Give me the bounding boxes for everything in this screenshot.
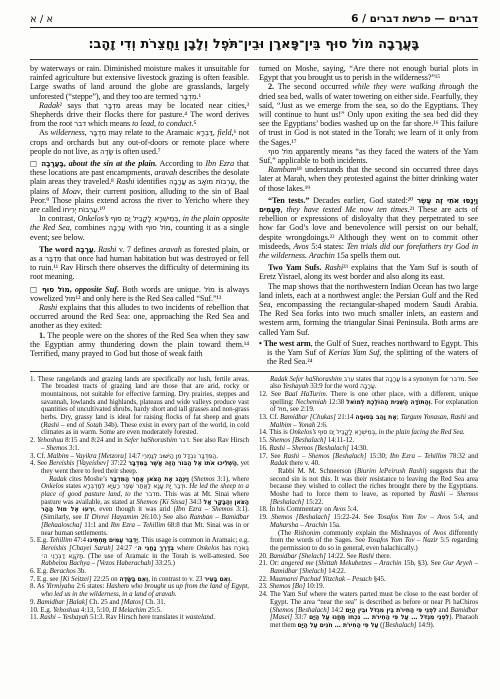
text-run: Ibn Ezra – Tehillim xyxy=(390,452,447,460)
text-run: 12:38 xyxy=(327,398,347,406)
footnote-number: 17. xyxy=(259,452,271,460)
hebrew-text: מוֹל xyxy=(204,285,215,294)
commentary-paragraph: 2. The second occurred while they were w… xyxy=(259,82,478,146)
footnote-paragraph: Radak cites Moshe’s וַיִּנְהַג אֶת הַצֹּ… xyxy=(30,476,249,538)
text-run: Ibn Ezra xyxy=(205,159,234,168)
book-page: א / א דברים — פרשת דברים / 6 בָּעֲרָבָה … xyxy=(0,0,500,699)
page-header: א / א דברים — פרשת דברים / 6 xyxy=(30,13,478,25)
header-divider xyxy=(30,27,478,28)
commentary-paragraph: מוֹל סוּף apparently means “as they face… xyxy=(259,147,478,165)
text-run: 14:7 xyxy=(127,452,143,460)
commentary-paragraph: The map shows that the northwestern Indi… xyxy=(259,282,478,337)
text-run: 14:9). xyxy=(416,621,434,629)
text-run: they have tested Me now ten times xyxy=(286,205,407,214)
footnotes-left-column: 1. These rangelands and grazing lands ar… xyxy=(30,376,249,630)
hebrew-text: מִדְבָּר xyxy=(180,92,197,101)
footnote-item: Radak Sefer haShorashim ערב states that … xyxy=(259,376,478,391)
text-run: §45. xyxy=(372,575,386,583)
text-run: Rashi xyxy=(116,177,134,186)
text-run: .¹ xyxy=(197,92,201,101)
hebrew-text: הַמִּדְבָּר נִבְדָּל מִן הַיִּשּׁוּב לְג… xyxy=(142,453,216,460)
text-run: apparently means “as they faced the wate… xyxy=(259,147,478,165)
text-run: wasteland xyxy=(185,613,213,621)
text-run: ¹² and only here is the Red Sea called “… xyxy=(76,294,222,303)
text-run: about the sin at the plain. xyxy=(69,159,158,168)
text-run: Tosafos Yom Tov – Avos xyxy=(377,513,450,521)
text-run: 51:3. Rav Hirsch here translates it xyxy=(88,613,185,621)
text-run: 15a spells them out. xyxy=(335,251,401,260)
text-run: Both words are unique. xyxy=(119,285,204,294)
hebrew-text: הַשְׁלִיכוּ אֹתוֹ אֶל הַבּוֹר הַזֶּה אֲש… xyxy=(128,460,237,467)
text-run: wilderness xyxy=(51,128,85,137)
commentary-paragraph: turned on Moshe, saying, “Are there not … xyxy=(259,64,478,82)
text-run: Ibn Ezra – Tehillim xyxy=(111,521,166,529)
text-run: the dried sea bed, walls of water toweri… xyxy=(259,82,478,146)
text-run: . xyxy=(216,452,218,460)
hebrew-text: לִפְנֵי פִּי הַחִירֹת בֵּין מִגְדֹּל וּב… xyxy=(345,607,436,614)
footnote-item: 1. These rangelands and grazing lands ar… xyxy=(30,376,249,438)
text-run: 14:2 xyxy=(329,606,345,614)
commentary-paragraph: Rashi explains that this alludes to two … xyxy=(30,303,249,331)
hebrew-text: וְהַתּוֹדָה הַשֵּׁנִית הַהוֹלֶכֶת לְמוֹא… xyxy=(346,399,431,406)
text-run: 33:25.) xyxy=(154,559,175,567)
footnote-paragraph: (The Rishonim commonly explain the Mishn… xyxy=(259,530,478,553)
hebrew-text: בְּמֵישְׁרָא לָקֳבֵיל יַם סוּף xyxy=(111,214,179,223)
footnote-item: 2. Yehoshua 8:15 and 8:24 and in Sefer h… xyxy=(30,437,249,452)
hebrew-text: מוֹל סוּף xyxy=(268,147,293,156)
text-run: Avos xyxy=(293,242,308,251)
text-run: □ xyxy=(30,159,41,168)
hebrew-text: מוּל xyxy=(65,294,76,303)
text-run: In contrast, xyxy=(39,214,77,223)
hebrew-text: אֶת וָהֵב בְּסוּפָה xyxy=(355,414,396,421)
footnote-number: 21. xyxy=(259,559,270,567)
text-run: . xyxy=(213,613,215,621)
commentary-paragraph: As wilderness, מִדְבָּר may relate to th… xyxy=(30,128,249,156)
text-run: “Ten tests.” xyxy=(268,196,309,205)
footnote-item: 4. See Bereishis [Vayeishev] 37:22 הַשְׁ… xyxy=(30,460,249,537)
commentary-right-column: turned on Moshe, saying, “Are there not … xyxy=(259,64,478,367)
text-run: identifies xyxy=(134,177,168,186)
footnote-paragraph: Rabbi M. M. Schneerson (Biurim lePeirush… xyxy=(259,468,478,507)
hebrew-text: דבר xyxy=(74,119,86,128)
commentary-paragraph: In contrast, Onkelos’s בְּמֵישְׁרָא לָקֳ… xyxy=(30,214,249,242)
footnote-divider xyxy=(30,371,478,372)
text-run: 5:4, and xyxy=(450,513,478,521)
footnote-paragraph: Radak Sefer haShorashim ערב states that … xyxy=(259,376,478,391)
footnote-paragraph: 4. See Bereishis [Vayeishev] 37:22 הַשְׁ… xyxy=(30,460,249,475)
text-run: v. 7 defines xyxy=(116,245,159,254)
footnote-item: 21. Or: angered me (Shittah Mekubetzes –… xyxy=(259,560,478,575)
commentary-paragraph: • The west arm, the Gulf of Suez, reache… xyxy=(259,339,478,367)
text-run: opposite Suf. xyxy=(75,285,119,294)
text-run: The second occurred xyxy=(274,82,352,91)
text-run: is a synonym for xyxy=(400,375,450,383)
footnote-paragraph: 13. Cf. Bamidbar [Chukas] 21:14 אֶת וָהֵ… xyxy=(259,414,478,429)
text-run: aravah xyxy=(154,168,177,177)
commentary-paragraph: “Ten tests.” Decades earlier, God stated… xyxy=(259,196,478,260)
hebrew-text: בָּעֲרָבָה xyxy=(41,159,63,168)
hebrew-text: עַל פִּי הַחִירֹת … חֹנִים עַל הַיָּם xyxy=(298,622,379,629)
commentary-left-column: by waterways or rain. Diminished moistur… xyxy=(30,64,249,367)
text-run: Onkelos’s xyxy=(77,214,108,223)
text-run: Rashi – Yeshayah xyxy=(40,613,88,621)
footnote-paragraph: 5. E.g. Tehillim 47:4 יַדְבֵּר עַמִּים ת… xyxy=(30,537,249,568)
hebrew-text: עַרְבוֹת יְרִיחוֹ xyxy=(63,205,98,214)
text-run: by waterways or rain. Diminished moistur… xyxy=(30,64,249,101)
text-run: Arachin xyxy=(309,251,335,260)
footnote-number: 11. xyxy=(30,613,40,621)
text-run: which means xyxy=(86,119,132,128)
hebrew-text: עֲרָבָה xyxy=(75,245,93,254)
text-run: [Beshalach] xyxy=(382,621,416,629)
text-run: with xyxy=(126,223,146,232)
text-run: Sefer haShorashim xyxy=(125,436,177,444)
page-title: דברים — פרשת דברים / 6 xyxy=(351,13,478,25)
footnote-item: 11. Rashi – Yeshayah 51:3. Rav Hirsch he… xyxy=(30,614,249,622)
text-run: Moav xyxy=(62,187,80,196)
hebrew-text: מִדְבָּר xyxy=(89,128,106,137)
text-run: • The west arm xyxy=(259,339,311,348)
text-run: 21:14 xyxy=(336,413,356,421)
text-run: The people were on the shores of the Red… xyxy=(30,331,249,358)
footnote-item: 19. Shemos [Beshalach] 15:22-24. See Tos… xyxy=(259,514,478,553)
text-run: According to xyxy=(157,159,205,168)
commentary-paragraph: Radak² says that מִדְבָּר areas may be l… xyxy=(30,101,249,129)
text-run: as xyxy=(186,177,197,186)
footnote-number: 24. xyxy=(259,590,270,598)
text-run: Two Yam Sufs. xyxy=(268,263,321,272)
text-run: The map shows that the northwestern Indi… xyxy=(259,282,478,337)
commentary-paragraph: 1. The people were on the shores of the … xyxy=(30,331,249,359)
text-run: □ xyxy=(30,285,42,294)
footnote-item: 24. The Yam Suf where the waters parted … xyxy=(259,591,478,630)
footnote-item: 13. Cf. Bamidbar [Chukas] 21:14 אֶת וָהֵ… xyxy=(259,414,478,429)
hebrew-text: שָׂדֶה xyxy=(100,147,114,156)
footnote-paragraph: 21. Or: angered me (Shittah Mekubetzes –… xyxy=(259,560,478,575)
text-run: 78:32 and xyxy=(447,452,478,460)
text-run: Kerias Yam Suf xyxy=(329,348,380,357)
text-run: explains that this alludes to two incide… xyxy=(30,303,249,330)
footnote-number: 1. xyxy=(30,375,38,383)
hebrew-text: וַיִּנְהַג אֶת הַצֹּאן אַחַר הַמִּדְבָּר xyxy=(110,476,189,483)
hebrew-text: עַרְבוֹת מוֹאָב xyxy=(198,177,235,186)
footnote-paragraph: 2. Yehoshua 8:15 and 8:24 and in Sefer h… xyxy=(30,437,249,452)
text-run: Decades earlier, God stated:²⁰ xyxy=(309,196,417,205)
footnote-paragraph: 12. See Baal HaTurim. There is one other… xyxy=(259,391,478,414)
commentary-paragraph: Rambam¹⁸ understands that the second sin… xyxy=(259,165,478,193)
text-run: .⁵ xyxy=(192,119,197,128)
commentary-paragraph: □ בָּעֲרָבָה, about the sin at the plain… xyxy=(30,159,249,214)
commentary-paragraph: The word עֲרָבָה. Rashi v. 7 defines ara… xyxy=(30,245,249,282)
hebrew-text: מִדְבָּר xyxy=(45,254,62,263)
text-run: aravah xyxy=(159,245,182,254)
chapter-verse-ref: א / א xyxy=(30,14,53,25)
text-run: to lead, to conduct xyxy=(132,119,191,128)
text-run: field xyxy=(217,128,231,137)
text-run: .¹⁰ xyxy=(98,205,106,214)
footnote-paragraph: 1. These rangelands and grazing lands ar… xyxy=(30,376,249,438)
hebrew-text: עֲרָבָה xyxy=(169,177,186,186)
text-run: As xyxy=(39,128,51,137)
text-run: is often used.⁷ xyxy=(114,147,161,156)
commentary-section: by waterways or rain. Diminished moistur… xyxy=(30,64,478,367)
footnote-number: 5. xyxy=(30,536,37,544)
text-run: 5:4 states: xyxy=(309,242,347,251)
hebrew-text: עֲרָבָה xyxy=(385,376,400,383)
footnote-item: 12. See Baal HaTurim. There is one other… xyxy=(259,391,478,414)
hebrew-text: דבר xyxy=(179,437,189,444)
commentary-paragraph: □ מוֹל סוּף, opposite Suf. Both words ar… xyxy=(30,285,249,303)
text-run: Rambam xyxy=(268,165,297,174)
commentary-paragraph: by waterways or rain. Diminished moistur… xyxy=(30,64,249,101)
text-run: while they were walking through xyxy=(352,82,464,91)
text-run: in the plain facing the Red Sea xyxy=(379,428,463,436)
footnote-paragraph: 11. Rashi – Yeshayah 51:3. Rav Hirsch he… xyxy=(30,614,249,622)
hebrew-text: מדבר xyxy=(450,376,464,383)
footnote-paragraph: 8. As Yirmiyahu 2:6 states: Hashem who b… xyxy=(30,583,249,598)
text-run: , combines xyxy=(70,223,109,232)
text-run: and xyxy=(466,413,478,421)
torah-verse: בָּעֲרָבָה מוֹל סוּף בֵּין־פָּארָן וּבֵי… xyxy=(30,37,478,52)
footnote-number: 13. xyxy=(259,413,270,421)
text-run: 15:30; xyxy=(366,452,389,460)
hebrew-text: עֲרָבָה xyxy=(108,223,125,232)
footnote-item: 8. As Yirmiyahu 2:6 states: Hashem who b… xyxy=(30,583,249,598)
footnote-item: 17. See Rashi – Shemos [Beshalach] 15:30… xyxy=(259,453,478,507)
text-run: Rashi xyxy=(98,245,116,254)
commentary-paragraph: Two Yam Sufs. Rashi²³ explains that the … xyxy=(259,263,478,281)
text-run: The word xyxy=(39,245,75,254)
text-run: 15b, §3). See xyxy=(401,559,442,567)
footnote-item: 5. E.g. Tehillim 47:4 יַדְבֵּר עַמִּים ת… xyxy=(30,537,249,568)
text-run: turned on Moshe, saying, “Are there not … xyxy=(259,64,478,82)
footnote-paragraph: 24. The Yam Suf where the waters parted … xyxy=(259,591,478,630)
hebrew-text: דַּבְרָא xyxy=(196,128,213,137)
verse-divider xyxy=(30,59,478,60)
footnote-paragraph: 19. Shemos [Beshalach] 15:22-24. See Tos… xyxy=(259,514,478,529)
text-run: . xyxy=(463,428,465,436)
footnotes-section: 1. These rangelands and grazing lands ar… xyxy=(30,376,478,630)
text-run: Rashi xyxy=(325,263,343,272)
text-run: Radak xyxy=(39,101,60,110)
hebrew-text: מִדְבָּר xyxy=(104,101,121,110)
footnote-paragraph: 17. See Rashi – Shemos [Beshalach] 15:30… xyxy=(259,453,478,468)
hebrew-text: מוֹל סוּף xyxy=(146,223,171,232)
text-run: that once had human habitation but was d… xyxy=(30,254,249,281)
hebrew-text: מוֹל סוּף xyxy=(42,285,70,294)
footnote-number: 8. xyxy=(30,582,37,590)
text-run: Rashi xyxy=(39,303,57,312)
text-run: Targum Yonasan, Rashi xyxy=(401,413,466,421)
footnotes-right-column: Radak Sefer haShorashim ערב states that … xyxy=(259,376,478,630)
text-run: ² says that xyxy=(60,101,104,110)
text-run: may relate to the Aramaic xyxy=(106,128,196,137)
